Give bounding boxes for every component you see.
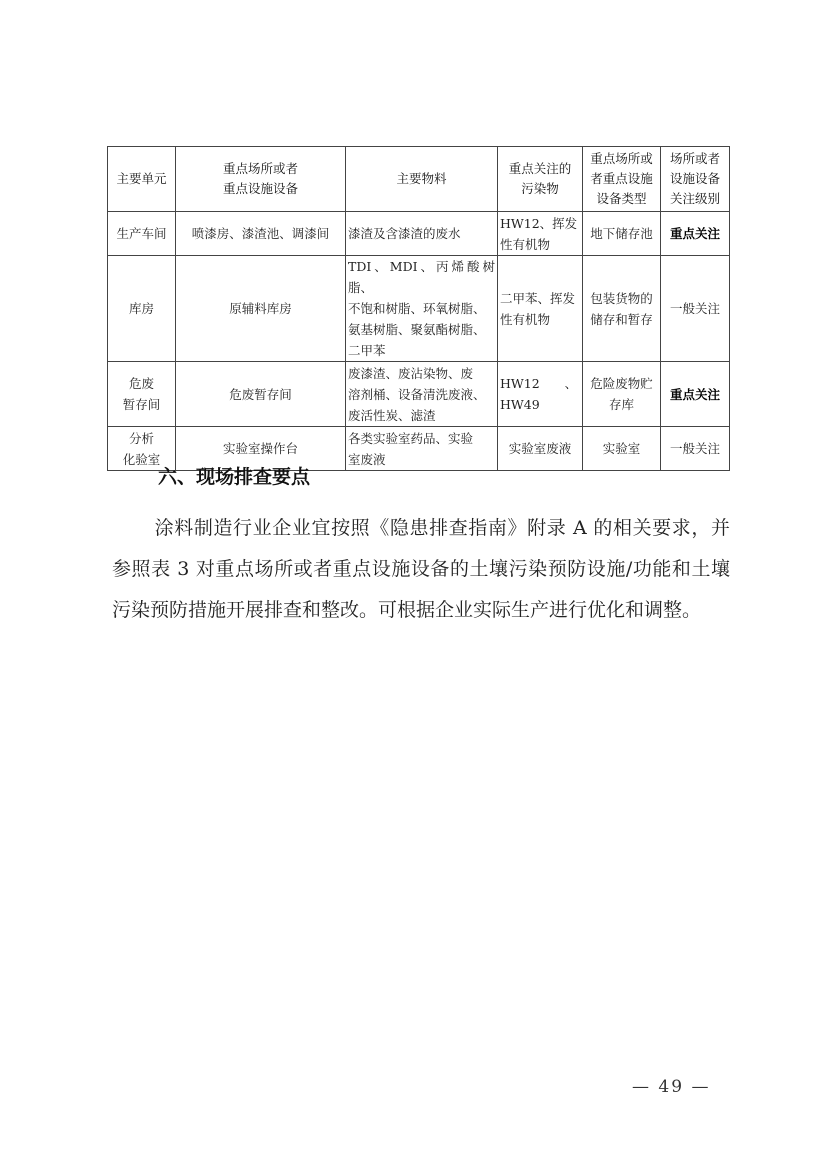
cell-unit: 库房 bbox=[108, 256, 176, 362]
cell-materials: 废漆渣、废沾染物、废溶剂桶、设备清洗废液、废活性炭、滤渣 bbox=[346, 362, 498, 427]
cell-pollutants: 实验室废液 bbox=[498, 427, 583, 471]
paragraph-text: 涂料制造行业企业宜按照《隐患排查指南》附录 A 的相关要求，并参照表 3 对重点… bbox=[112, 517, 730, 621]
table-row: 生产车间 喷漆房、漆渣池、调漆间 漆渣及含漆渣的废水 HW12、挥发性有机物 地… bbox=[108, 212, 730, 256]
cell-level: 重点关注 bbox=[661, 362, 730, 427]
cell-level: 一般关注 bbox=[661, 427, 730, 471]
cell-materials: 各类实验室药品、实验室废液 bbox=[346, 427, 498, 471]
cell-type: 危险废物贮存库 bbox=[583, 362, 661, 427]
cell-pollutants: HW12、挥发性有机物 bbox=[498, 212, 583, 256]
page-number: — 49 — bbox=[632, 1077, 710, 1097]
cell-unit: 危废暂存间 bbox=[108, 362, 176, 427]
facility-table: 主要单元 重点场所或者重点设施设备 主要物料 重点关注的污染物 重点场所或者重点… bbox=[107, 146, 730, 471]
table-row: 危废暂存间 危废暂存间 废漆渣、废沾染物、废溶剂桶、设备清洗废液、废活性炭、滤渣… bbox=[108, 362, 730, 427]
cell-facility: 喷漆房、漆渣池、调漆间 bbox=[176, 212, 346, 256]
cell-facility: 危废暂存间 bbox=[176, 362, 346, 427]
cell-type: 实验室 bbox=[583, 427, 661, 471]
cell-level: 一般关注 bbox=[661, 256, 730, 362]
header-pollutants: 重点关注的污染物 bbox=[498, 147, 583, 212]
cell-type: 地下储存池 bbox=[583, 212, 661, 256]
cell-level: 重点关注 bbox=[661, 212, 730, 256]
header-key-facility: 重点场所或者重点设施设备 bbox=[176, 147, 346, 212]
cell-materials: 漆渣及含漆渣的废水 bbox=[346, 212, 498, 256]
header-main-unit: 主要单元 bbox=[108, 147, 176, 212]
section-heading: 六、现场排查要点 bbox=[158, 462, 310, 489]
cell-pollutants: HW12 、HW49 bbox=[498, 362, 583, 427]
body-paragraph: 涂料制造行业企业宜按照《隐患排查指南》附录 A 的相关要求，并参照表 3 对重点… bbox=[112, 508, 730, 631]
header-attention-level: 场所或者设施设备关注级别 bbox=[661, 147, 730, 212]
table-row: 库房 原辅料库房 TDI、MDI、丙烯酸树脂、不饱和树脂、环氧树脂、氨基树脂、聚… bbox=[108, 256, 730, 362]
cell-materials: TDI、MDI、丙烯酸树脂、不饱和树脂、环氧树脂、氨基树脂、聚氨酯树脂、二甲苯 bbox=[346, 256, 498, 362]
table-header-row: 主要单元 重点场所或者重点设施设备 主要物料 重点关注的污染物 重点场所或者重点… bbox=[108, 147, 730, 212]
cell-pollutants: 二甲苯、挥发性有机物 bbox=[498, 256, 583, 362]
cell-facility: 原辅料库房 bbox=[176, 256, 346, 362]
cell-unit: 生产车间 bbox=[108, 212, 176, 256]
header-materials: 主要物料 bbox=[346, 147, 498, 212]
cell-type: 包装货物的储存和暂存 bbox=[583, 256, 661, 362]
header-facility-type: 重点场所或者重点设施设备类型 bbox=[583, 147, 661, 212]
